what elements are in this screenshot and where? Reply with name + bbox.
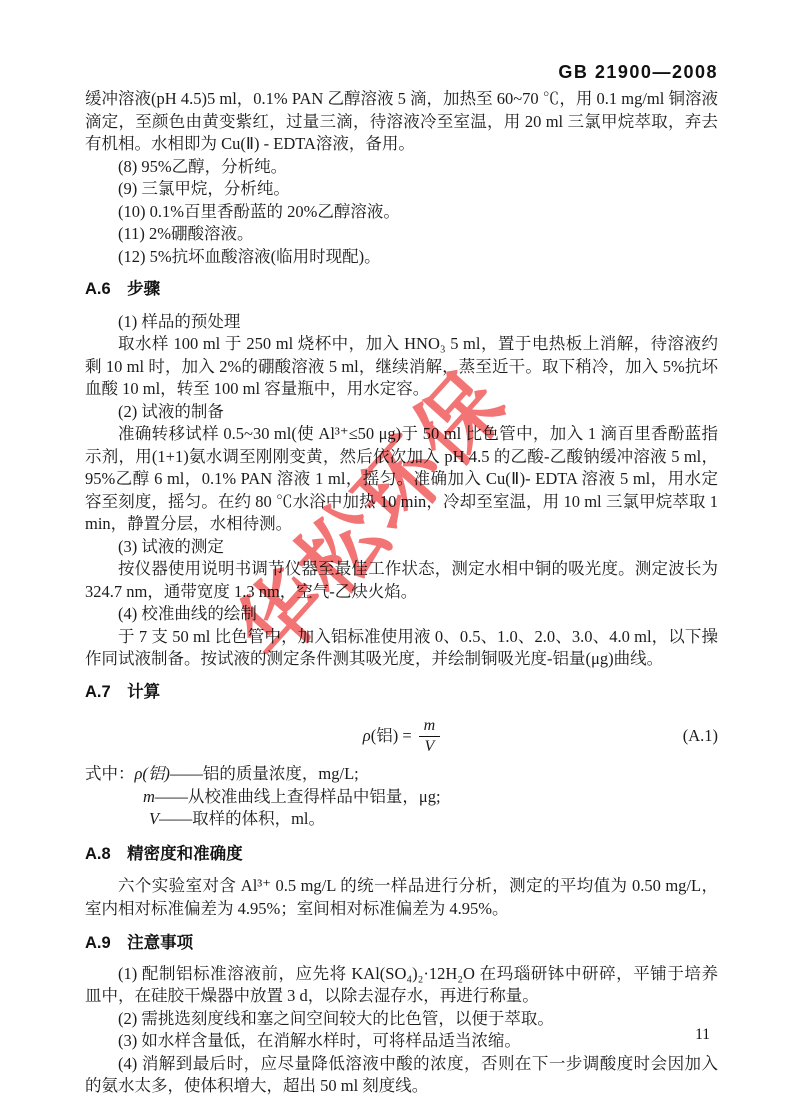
page-content: GB 21900—2008 缓冲溶液(pH 4.5)5 ml，0.1% PAN … xyxy=(85,62,718,1098)
formula-lhs-rest: (铝) = xyxy=(371,726,412,745)
continuation-paragraph: 缓冲溶液(pH 4.5)5 ml，0.1% PAN 乙醇溶液 5 滴，加热至 6… xyxy=(85,88,718,156)
a6-step1-title: (1) 样品的预处理 xyxy=(85,311,718,334)
formula-equation-number: (A.1) xyxy=(683,725,718,748)
a6-step2-text: 准确转移试样 0.5~30 ml(使 Al³⁺≤50 μg)于 50 ml 比色… xyxy=(85,423,718,536)
where-rho-var: ρ(铝) xyxy=(135,764,170,783)
standard-code-header: GB 21900—2008 xyxy=(85,62,718,82)
reagent-item-9: (9) 三氯甲烷，分析纯。 xyxy=(85,178,718,201)
a6-step3-title: (3) 试液的测定 xyxy=(85,536,718,559)
where-m-definition: ——从校准曲线上查得样品中铝量，μg; xyxy=(155,787,441,806)
section-heading-a6: A.6 步骤 xyxy=(85,278,718,301)
section-heading-a7: A.7 计算 xyxy=(85,681,718,704)
a6-step3-text: 按仪器使用说明书调节仪器至最佳工作状态，测定水相中铜的吸光度。测定波长为 324… xyxy=(85,558,718,603)
reagent-item-8: (8) 95%乙醇，分析纯。 xyxy=(85,156,718,179)
section-heading-a8: A.8 精密度和准确度 xyxy=(85,843,718,866)
section-heading-a9: A.9 注意事项 xyxy=(85,932,718,955)
a9-note-1: (1) 配制铝标准溶液前，应先将 KAl(SO₄)₂·12H₂O 在玛瑙研钵中研… xyxy=(85,963,718,1008)
where-v-definition: ——取样的体积，ml。 xyxy=(159,809,325,828)
a6-step4-title: (4) 校准曲线的绘制 xyxy=(85,603,718,626)
document-page: GB 21900—2008 缓冲溶液(pH 4.5)5 ml，0.1% PAN … xyxy=(0,0,800,1106)
where-rho-definition: ——铝的质量浓度，mg/L; xyxy=(170,764,359,783)
formula-a1: ρ(铝) = m V (A.1) xyxy=(85,713,718,759)
a9-note-3: (3) 如水样含量低，在消解水样时，可将样品适当浓缩。 xyxy=(85,1030,718,1053)
formula-fraction: m V xyxy=(419,717,441,756)
formula-where-intro: 式中：ρ(铝)——铝的质量浓度，mg/L; xyxy=(85,763,718,786)
formula-numerator: m xyxy=(419,717,441,737)
formula-where-m: m——从校准曲线上查得样品中铝量，μg; xyxy=(85,786,718,809)
formula-lhs: ρ(铝) = xyxy=(363,725,412,748)
formula-denominator: V xyxy=(425,737,435,756)
page-number: 11 xyxy=(695,1026,710,1044)
where-label: 式中： xyxy=(85,764,135,783)
reagent-item-11: (11) 2%硼酸溶液。 xyxy=(85,223,718,246)
a9-note-2: (2) 需挑选刻度线和塞之间空间较大的比色管，以便于萃取。 xyxy=(85,1008,718,1031)
a6-step1-text: 取水样 100 ml 于 250 ml 烧杯中，加入 HNO₃ 5 ml，置于电… xyxy=(85,333,718,401)
where-m-var: m xyxy=(143,787,155,806)
a9-note-4: (4) 消解到最后时，应尽量降低溶液中酸的浓度，否则在下一步调酸度时会因加入的氨… xyxy=(85,1053,718,1098)
reagent-item-10: (10) 0.1%百里香酚蓝的 20%乙醇溶液。 xyxy=(85,201,718,224)
formula-rho-symbol: ρ xyxy=(363,726,371,745)
formula-where-v: V——取样的体积，ml。 xyxy=(85,808,718,831)
a8-text: 六个实验室对含 Al³⁺ 0.5 mg/L 的统一样品进行分析，测定的平均值为 … xyxy=(85,875,718,920)
where-v-var: V xyxy=(149,809,159,828)
a6-step4-text: 于 7 支 50 ml 比色管中，加入铝标准使用液 0、0.5、1.0、2.0、… xyxy=(85,626,718,671)
reagent-item-12: (12) 5%抗坏血酸溶液(临用时现配)。 xyxy=(85,246,718,269)
a6-step2-title: (2) 试液的制备 xyxy=(85,401,718,424)
